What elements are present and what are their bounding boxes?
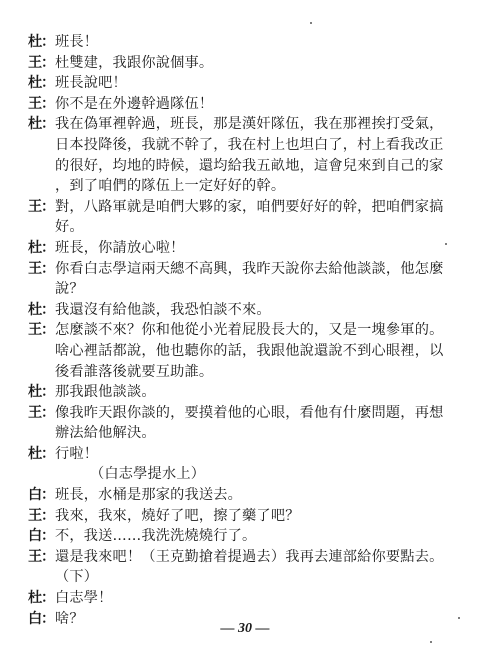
script-page: 杜：班長！ 王：杜雙建，我跟你說個事。 杜：班長說吧！ 王：你不是在外邊幹過隊伍… — [28, 32, 468, 629]
dialogue-line: 王：你不是在外邊幹過隊伍！ — [28, 94, 468, 115]
dialogue-continuation: 說？ — [28, 279, 468, 300]
speaker-name: 杜 — [28, 73, 41, 94]
speaker-name: 杜 — [28, 32, 41, 53]
stage-direction: （白志學提水上） — [28, 464, 468, 485]
speaker-name: 王 — [28, 197, 41, 218]
dialogue-line: 王：對，八路軍就是咱們大夥的家，咱們要好好的幹，把咱們家搞 — [28, 197, 468, 218]
dialogue-line: 王：杜雙建，我跟你說個事。 — [28, 53, 468, 74]
dialogue-text: 那我跟他談談。 — [55, 384, 156, 400]
dialogue-text: 班長，水桶是那家的我送去。 — [55, 487, 242, 503]
dialogue-line: 杜：我在偽軍裡幹過，班長，那是漢奸隊伍，我在那裡挨打受氣， — [28, 114, 468, 135]
speaker-name: 杜 — [28, 588, 41, 609]
dialogue-continuation: 後看誰落後就要互助誰。 — [28, 362, 468, 383]
speaker-name: 王 — [28, 506, 41, 527]
colon: ： — [41, 114, 55, 135]
speaker-name: 王 — [28, 547, 41, 568]
dialogue-text: 你看白志學這兩天總不高興，我昨天說你去給他談談，他怎麼 — [55, 261, 443, 277]
colon: ： — [41, 259, 55, 280]
scan-speck — [430, 641, 432, 643]
dialogue-text: 班長，你請放心啦！ — [55, 240, 185, 256]
speaker-name: 王 — [28, 259, 41, 280]
dialogue-text: 你不是在外邊幹過隊伍！ — [55, 96, 213, 112]
dialogue-text: 對，八路軍就是咱們大夥的家，咱們要好好的幹，把咱們家搞 — [55, 199, 443, 215]
scan-speck — [445, 243, 447, 245]
colon: ： — [41, 485, 55, 506]
colon: ： — [41, 300, 55, 321]
dialogue-text: 我來，我來，燒好了吧，擦了藥了吧？ — [55, 508, 300, 524]
dialogue-line: 杜：班長！ — [28, 32, 468, 53]
speaker-name: 杜 — [28, 114, 41, 135]
dialogue-continuation: 辦法給他解決。 — [28, 423, 468, 444]
dialogue-continuation: 好。 — [28, 217, 468, 238]
dialogue-line: 杜：班長，你請放心啦！ — [28, 238, 468, 259]
speaker-name: 杜 — [28, 444, 41, 465]
dialogue-text: 行啦！ — [55, 446, 98, 462]
dialogue-continuation: 的很好，均地的時候，還均給我五畝地，這會兒來到自己的家 — [28, 156, 468, 177]
dialogue-text: 白志學！ — [55, 590, 113, 606]
colon: ： — [41, 238, 55, 259]
dialogue-line: 王：我來，我來，燒好了吧，擦了藥了吧？ — [28, 506, 468, 527]
dialogue-continuation: ，到了咱們的隊伍上一定好好的幹。 — [28, 176, 468, 197]
dialogue-line: 杜：我還沒有給他談，我恐怕談不來。 — [28, 300, 468, 321]
dialogue-text: 不，我送……我洗洗燒燒行了。 — [55, 528, 256, 544]
scan-speck — [310, 22, 312, 24]
dialogue-line: 王：你看白志學這兩天總不高興，我昨天說你去給他談談，他怎麼 — [28, 259, 468, 280]
dialogue-line: 杜：那我跟他談談。 — [28, 382, 468, 403]
colon: ： — [41, 444, 55, 465]
colon: ： — [41, 53, 55, 74]
dialogue-text: 怎麼談不來？你和他從小光着屁股長大的，又是一塊參軍的。 — [55, 322, 443, 338]
scan-speck — [458, 617, 460, 619]
colon: ： — [41, 320, 55, 341]
dialogue-text: 像我昨天跟你談的，要摸着他的心眼，看他有什麼問題，再想 — [55, 405, 443, 421]
colon: ： — [41, 73, 55, 94]
dialogue-line: 杜：白志學！ — [28, 588, 468, 609]
dialogue-text: 班長說吧！ — [55, 75, 127, 91]
speaker-name: 杜 — [28, 238, 41, 259]
speaker-name: 王 — [28, 403, 41, 424]
colon: ： — [41, 547, 55, 568]
stage-direction: （下） — [28, 567, 468, 588]
page-number: — 30 — — [0, 621, 490, 637]
speaker-name: 王 — [28, 94, 41, 115]
speaker-name: 杜 — [28, 382, 41, 403]
dialogue-line: 王：還是我來吧！（王克勤搶着提過去）我再去連部給你要點去。 — [28, 547, 468, 568]
dialogue-line: 杜：班長說吧！ — [28, 73, 468, 94]
dialogue-line: 白：不，我送……我洗洗燒燒行了。 — [28, 526, 468, 547]
dialogue-line: 王：怎麼談不來？你和他從小光着屁股長大的，又是一塊參軍的。 — [28, 320, 468, 341]
colon: ： — [41, 506, 55, 527]
speaker-name: 王 — [28, 53, 41, 74]
speaker-name: 杜 — [28, 300, 41, 321]
dialogue-text: 班長！ — [55, 34, 98, 50]
dialogue-text: 杜雙建，我跟你說個事。 — [55, 55, 213, 71]
speaker-name: 白 — [28, 526, 41, 547]
dialogue-text: 我還沒有給他談，我恐怕談不來。 — [55, 302, 271, 318]
dialogue-continuation: 日本投降後，我就不幹了，我在村上也坦白了，村上看我改正 — [28, 135, 468, 156]
colon: ： — [41, 382, 55, 403]
colon: ： — [41, 526, 55, 547]
colon: ： — [41, 588, 55, 609]
colon: ： — [41, 94, 55, 115]
dialogue-line: 白：班長，水桶是那家的我送去。 — [28, 485, 468, 506]
dialogue-text: 還是我來吧！（王克勤搶着提過去）我再去連部給你要點去。 — [55, 549, 443, 565]
dialogue-line: 杜：行啦！ — [28, 444, 468, 465]
dialogue-continuation: 啥心裡話都說，他也聽你的話，我跟他說還說不到心眼裡，以 — [28, 341, 468, 362]
colon: ： — [41, 32, 55, 53]
speaker-name: 白 — [28, 485, 41, 506]
colon: ： — [41, 197, 55, 218]
colon: ： — [41, 403, 55, 424]
speaker-name: 王 — [28, 320, 41, 341]
dialogue-line: 王：像我昨天跟你談的，要摸着他的心眼，看他有什麼問題，再想 — [28, 403, 468, 424]
dialogue-text: 我在偽軍裡幹過，班長，那是漢奸隊伍，我在那裡挨打受氣， — [55, 116, 443, 132]
